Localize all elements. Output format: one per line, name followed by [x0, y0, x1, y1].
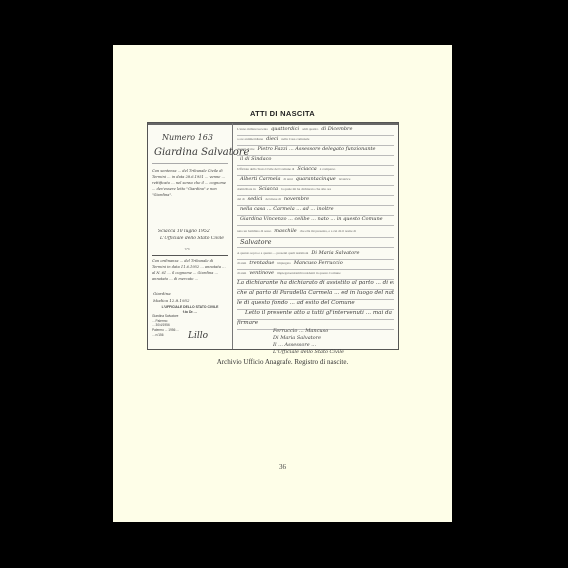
handwritten-line: le di questo fondo ... ad esito del Comu…: [237, 300, 394, 310]
margin-signature: Lillo: [188, 331, 208, 341]
figure-caption: Archivio Ufficio Anagrafe. Registro di n…: [113, 358, 452, 366]
stamp-title: L'UFFICIALE DELLO STATO CIVILE: [152, 305, 228, 310]
record-margin-column: Numero 163 Giardina Salvatore Con senten…: [148, 123, 233, 349]
annotation-1-date: Sciacca 10 luglio 1952: [158, 229, 210, 234]
annotation-1: Con sentenza ... del Tribunale Civile di…: [152, 169, 228, 199]
record-line: Alberti Carmeladi anniquarantacinqueleva…: [237, 176, 394, 186]
signature-line: L'Ufficiale dello Stato Civile: [273, 349, 344, 355]
record-line: Giardina Vincenzo ... celibe ... nato ..…: [237, 216, 394, 226]
record-line: del dìsedicidel mese dinovembre: [237, 196, 394, 206]
annotation-2-place: Giardina: [153, 291, 171, 296]
record-number: Numero 163: [162, 133, 213, 142]
record-line: Salvatore: [237, 238, 394, 248]
annotation-1-signature: 〰: [184, 244, 190, 253]
annotation-2-date: Modica 12.8.1952: [153, 298, 190, 303]
record-line: domiciliata inSciaccala quale mi ha dich…: [237, 186, 394, 196]
record-line: nato un bambino di sessomaschileche ella…: [237, 228, 394, 238]
record-line: L'anno millenovecentoquattordiciaddì qua…: [237, 126, 394, 136]
signature-line: Di Maria Salvatore: [273, 335, 321, 341]
document-page: ATTI DI NASCITA Numero 163 Giardina Salv…: [113, 45, 452, 522]
signature-line: Il ... Assessore ...: [273, 342, 316, 348]
page-number: 36: [113, 463, 452, 471]
annotation-1-sign: L'Ufficiale dello Stato Civile: [160, 236, 224, 241]
divider: [152, 163, 228, 164]
record-line: di anniventinoveimpiegatoentrambi reside…: [237, 270, 394, 280]
record-body-column: L'anno millenovecentoquattordiciaddì qua…: [233, 123, 398, 349]
record-line: nella casa ... Carmela ... ad ... inoltr…: [237, 206, 394, 216]
birth-record-scan: Numero 163 Giardina Salvatore Con senten…: [147, 122, 399, 350]
page-heading: ATTI DI NASCITA: [113, 109, 452, 118]
record-line: Ufficiale dello Stato Civile del Comune …: [237, 166, 394, 176]
record-line: A quanto sopra e a quanto ... presenti q…: [237, 250, 394, 260]
annotation-2: Con ordinanza ... del Tribunale di Termi…: [152, 259, 228, 283]
handwritten-line: che al parto di Paradella Carmela ... ed…: [237, 290, 394, 300]
signature-line: Ferruccio ... Mancuso: [273, 328, 328, 334]
handwritten-line: Letto il presente atto a tutti gl'interv…: [237, 310, 394, 320]
record-line: a ore antimeridianediecinella Casa comun…: [237, 136, 394, 146]
record-line: di annitrentadueimpiegatoMancuso Ferrucc…: [237, 260, 394, 270]
record-line: Avanti di mePietro Fazzi ... Assessore d…: [237, 146, 394, 156]
record-line: il di Sindaco: [237, 156, 394, 166]
handwritten-line: La dichiarante ha dichiarato di assistit…: [237, 280, 394, 290]
divider: [152, 255, 228, 256]
